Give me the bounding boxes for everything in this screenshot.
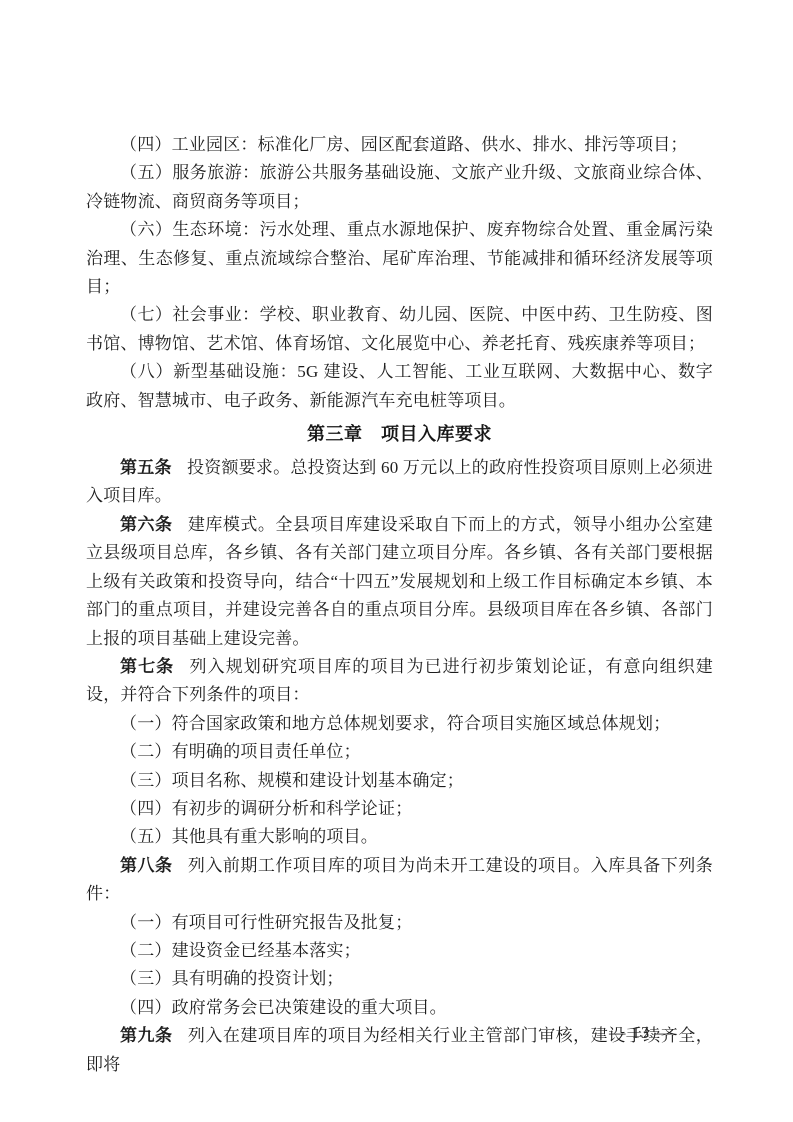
article-paragraph: 第七条列入规划研究项目库的项目为已进行初步策划论证，有意向组织建设，并符合下列条… (86, 653, 713, 710)
list-item: （四）工业园区：标准化厂房、园区配套道路、供水、排水、排污等项目； (86, 131, 713, 159)
list-item: （四）政府常务会已决策建设的重大项目。 (86, 994, 713, 1022)
article-text: 列入前期工作项目库的项目为尚未开工建设的项目。入库具备下列条件： (86, 856, 713, 903)
list-item: （一）有项目可行性研究报告及批复； (86, 909, 713, 937)
list-item: （四）有初步的调研分析和科学论证； (86, 795, 713, 823)
list-item: （一）符合国家政策和地方总体规划要求，符合项目实施区域总体规划； (86, 710, 713, 738)
article-label: 第六条 (120, 515, 173, 534)
article-text: 列入规划研究项目库的项目为已进行初步策划论证，有意向组织建设，并符合下列条件的项… (86, 657, 713, 704)
list-item: （三）具有明确的投资计划； (86, 965, 713, 993)
list-item: （二）有明确的项目责任单位； (86, 738, 713, 766)
article-label: 第九条 (120, 1026, 173, 1045)
document-page: （四）工业园区：标准化厂房、园区配套道路、供水、排水、排污等项目； （五）服务旅… (0, 0, 793, 1122)
article-text: 投资额要求。总投资达到 60 万元以上的政府性投资项目原则上必须进入项目库。 (86, 458, 713, 505)
list-item: （八）新型基础设施：5G 建设、人工智能、工业互联网、大数据中心、数字政府、智慧… (86, 358, 713, 415)
page-number: — 13 — (609, 1021, 673, 1045)
list-item: （三）项目名称、规模和建设计划基本确定； (86, 767, 713, 795)
article-paragraph: 第五条投资额要求。总投资达到 60 万元以上的政府性投资项目原则上必须进入项目库… (86, 454, 713, 511)
document-content: （四）工业园区：标准化厂房、园区配套道路、供水、排水、排污等项目； （五）服务旅… (86, 131, 713, 1079)
list-item: （二）建设资金已经基本落实； (86, 937, 713, 965)
article-label: 第五条 (120, 458, 172, 477)
article-paragraph: 第八条列入前期工作项目库的项目为尚未开工建设的项目。入库具备下列条件： (86, 852, 713, 909)
article-paragraph: 第六条建库模式。全县项目库建设采取自下而上的方式，领导小组办公室建立县级项目总库… (86, 511, 713, 653)
article-text: 建库模式。全县项目库建设采取自下而上的方式，领导小组办公室建立县级项目总库，各乡… (86, 515, 713, 648)
list-item: （六）生态环境：污水处理、重点水源地保护、废弃物综合处置、重金属污染治理、生态修… (86, 216, 713, 301)
article-label: 第八条 (120, 856, 173, 875)
chapter-heading: 第三章 项目入库要求 (86, 419, 713, 449)
list-item: （五）其他具有重大影响的项目。 (86, 823, 713, 851)
list-item: （七）社会事业：学校、职业教育、幼儿园、医院、中医中药、卫生防疫、图书馆、博物馆… (86, 301, 713, 358)
list-item: （五）服务旅游：旅游公共服务基础设施、文旅产业升级、文旅商业综合体、冷链物流、商… (86, 159, 713, 216)
article-label: 第七条 (120, 657, 174, 676)
